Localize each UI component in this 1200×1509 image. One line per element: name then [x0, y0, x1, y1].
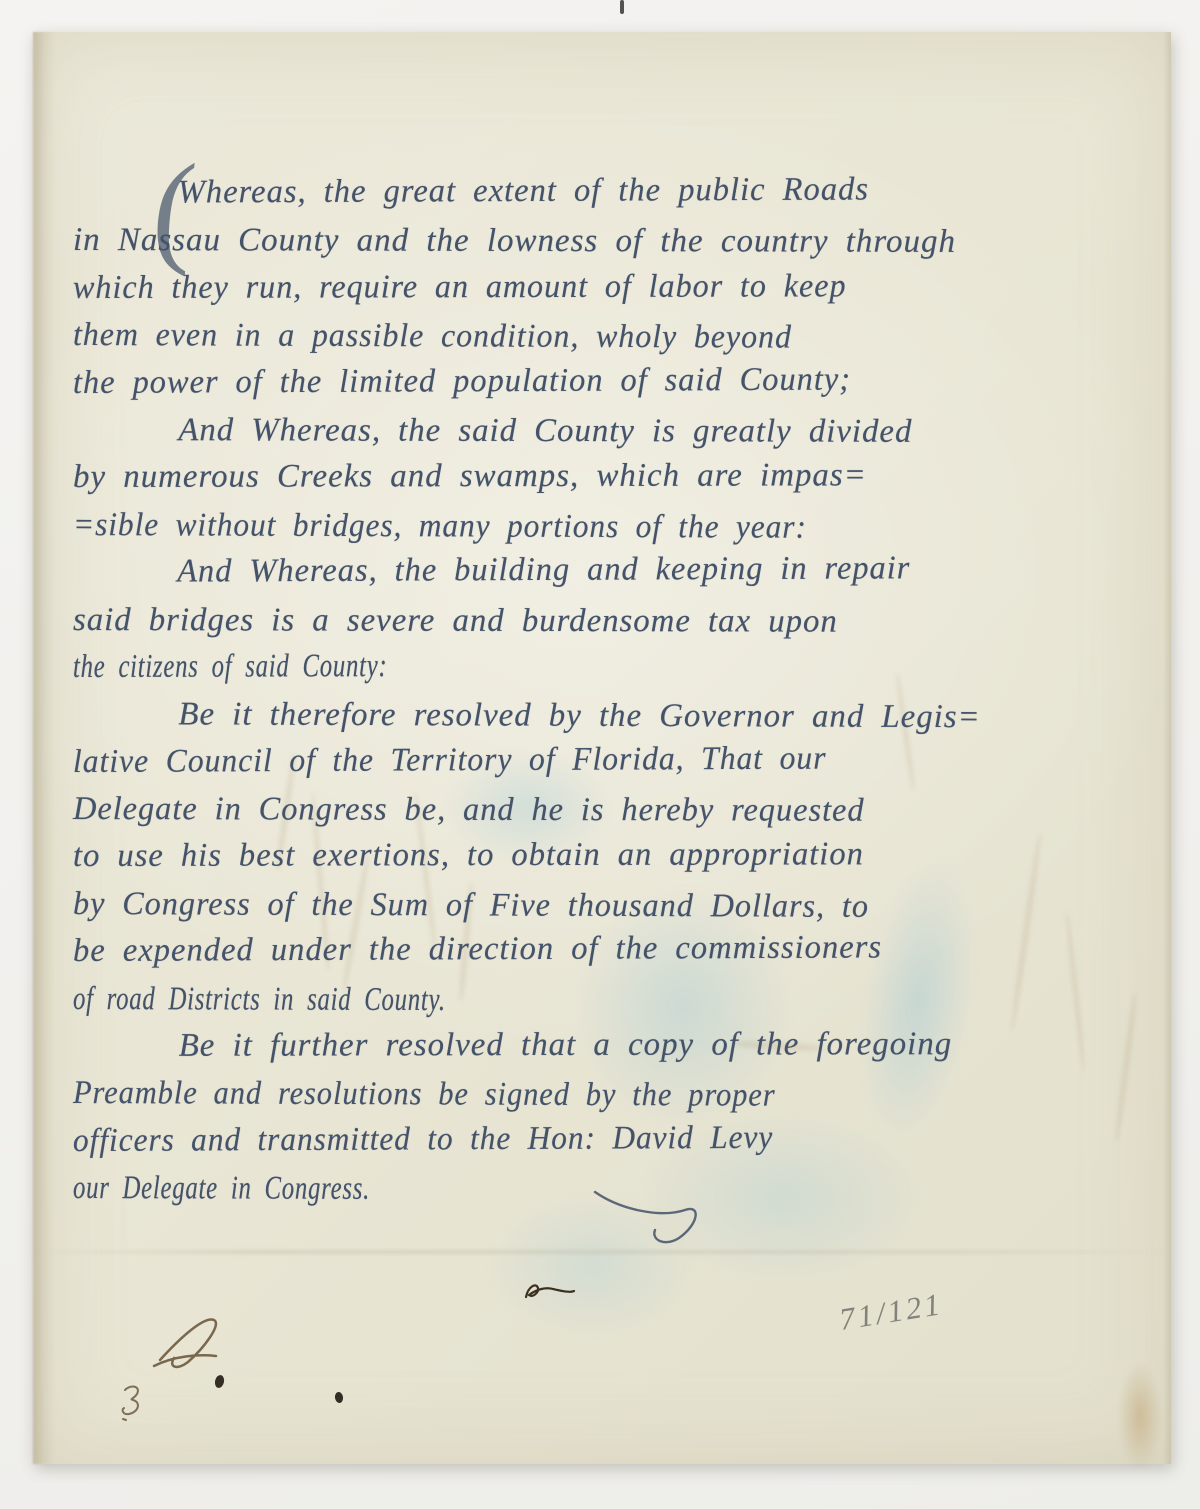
manuscript-line: which they run, require an amount of lab…: [73, 263, 1125, 313]
manuscript-text: Whereas, the great extent of the public …: [73, 170, 1153, 1213]
manuscript-line: Delegate in Congress be, and he is hereb…: [73, 786, 1133, 836]
manuscript-line: the power of the limited population of s…: [73, 355, 1135, 407]
manuscript-line: said bridges is a severe and burdensome …: [73, 597, 1147, 647]
ink-dot: [334, 1391, 343, 1403]
manuscript-line: be expended under the direction of the c…: [73, 924, 1140, 976]
manuscript-page: ( Whereas, the great extent of the publi…: [33, 32, 1171, 1464]
manuscript-line: of road Districts in said County.: [73, 976, 883, 1026]
small-figure-mark: [118, 1382, 148, 1422]
corner-stain: [1111, 1344, 1169, 1489]
manuscript-line: by numerous Creeks and swamps, which are…: [73, 452, 1150, 502]
ink-squiggle-mark: [520, 1275, 578, 1307]
manuscript-line: And Whereas, the building and keeping in…: [73, 544, 1135, 596]
manuscript-line: And Whereas, the said County is greatly …: [73, 407, 1147, 457]
ink-dot: [214, 1374, 226, 1389]
manuscript-line: officers and transmitted to the Hon: Dav…: [73, 1113, 1100, 1165]
manuscript-line: our Delegate in Congress.: [73, 1165, 883, 1215]
pencil-loop-mark: [150, 1308, 238, 1376]
manuscript-line: lative Council of the Territory of Flori…: [73, 734, 1110, 786]
manuscript-line: to use his best exertions, to obtain an …: [73, 831, 1140, 881]
closing-flourish-swoosh: [593, 1184, 713, 1262]
manuscript-line: Be it further resolved that a copy of th…: [73, 1021, 1150, 1071]
manuscript-line: in Nassau County and the lowness of the …: [73, 217, 1152, 267]
archival-number: 71/121: [837, 1286, 945, 1338]
manuscript-line: Whereas, the great extent of the public …: [73, 165, 1140, 217]
top-edge-speck: [620, 0, 624, 14]
manuscript-line: the citizens of said County:: [73, 642, 883, 692]
